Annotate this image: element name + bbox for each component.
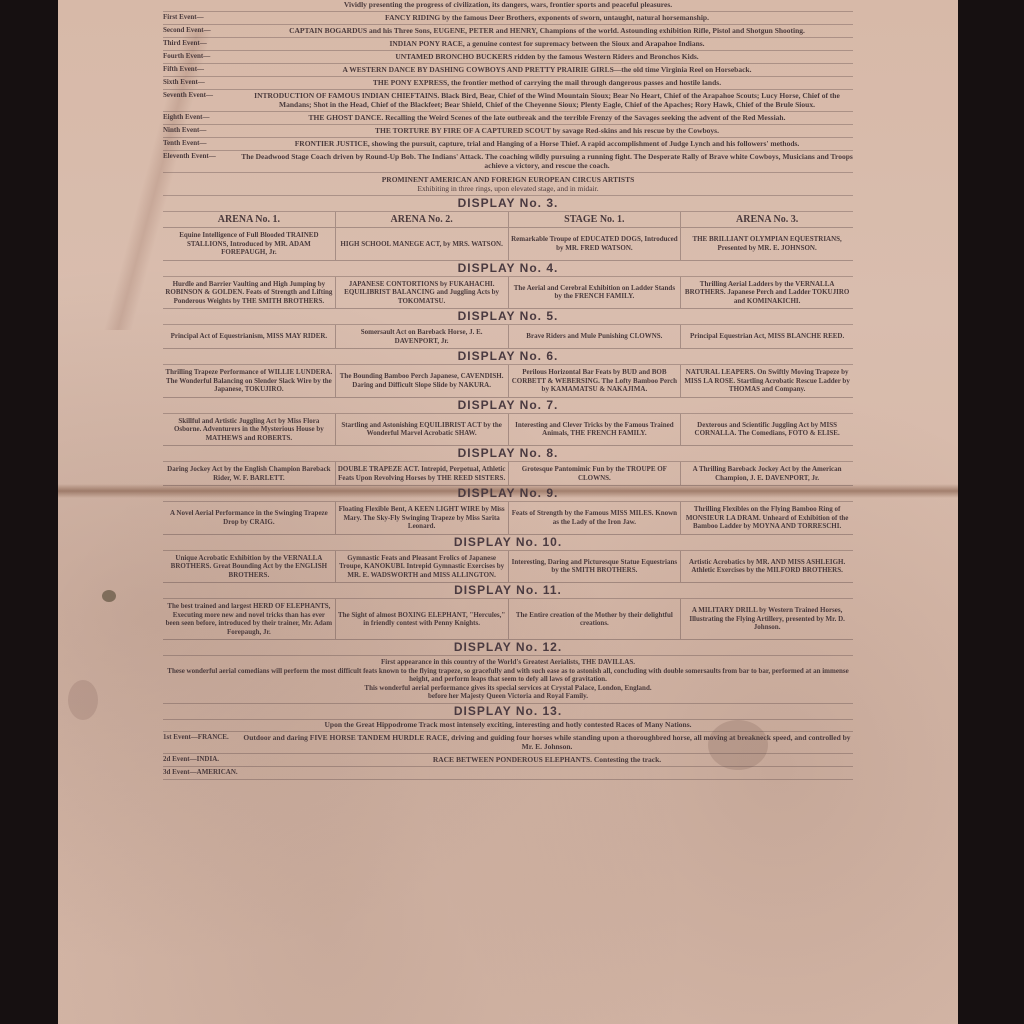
act-cell: Thrilling Trapeze Performance of WILLIE …: [163, 365, 336, 397]
act-cell: A Thrilling Bareback Jockey Act by the A…: [681, 462, 853, 485]
event-text: UNTAMED BRONCHO BUCKERS ridden by the fa…: [241, 52, 853, 61]
display-row: Skillful and Artistic Juggling Act by Mi…: [163, 414, 853, 447]
act-cell: The Bounding Bamboo Perch Japanese, CAVE…: [336, 365, 509, 397]
display-row: A Novel Aerial Performance in the Swingi…: [163, 502, 853, 535]
act-cell: Feats of Strength by the Famous MISS MIL…: [509, 502, 682, 534]
event-text: A WESTERN DANCE BY DASHING COWBOYS AND P…: [241, 65, 853, 74]
description-line: First appearance in this country of the …: [163, 658, 853, 667]
event-row: Sixth Event—THE PONY EXPRESS, the fronti…: [163, 77, 853, 90]
act-cell: Thrilling Aerial Ladders by the VERNALLA…: [681, 277, 853, 309]
display-heading: DISPLAY No. 6.: [163, 349, 853, 365]
race-event-label: 2d Event—INDIA.: [163, 755, 241, 764]
artists-heading-subtitle: Exhibiting in three rings, upon elevated…: [163, 184, 853, 193]
program-content: Vividly presenting the progress of civil…: [163, 0, 853, 780]
act-cell: Startling and Astonishing EQUILIBRIST AC…: [336, 414, 509, 446]
artists-heading-title: PROMINENT AMERICAN AND FOREIGN EUROPEAN …: [163, 175, 853, 184]
race-event-label: 1st Event—FRANCE.: [163, 733, 241, 751]
display-row: Hurdle and Barrier Vaulting and High Jum…: [163, 277, 853, 310]
event-label: Sixth Event—: [163, 78, 241, 87]
event-row: Second Event—CAPTAIN BOGARDUS and his Th…: [163, 25, 853, 38]
intro-line: Vividly presenting the progress of civil…: [163, 0, 853, 12]
act-cell: A MILITARY DRILL by Western Trained Hors…: [681, 599, 853, 639]
act-cell: Principal Act of Equestrianism, MISS MAY…: [163, 325, 336, 348]
act-cell: Brave Riders and Mule Punishing CLOWNS.: [509, 325, 682, 348]
display-heading: DISPLAY No. 4.: [163, 261, 853, 277]
display-heading: DISPLAY No. 7.: [163, 398, 853, 414]
description-line: before her Majesty Queen Victoria and Ro…: [163, 692, 853, 701]
event-row: First Event—FANCY RIDING by the famous D…: [163, 12, 853, 25]
race-event-row: 3d Event—AMERICAN.: [163, 767, 853, 780]
water-stain: [68, 680, 98, 720]
artists-heading: PROMINENT AMERICAN AND FOREIGN EUROPEAN …: [163, 173, 853, 196]
events-list: First Event—FANCY RIDING by the famous D…: [163, 12, 853, 173]
arena-column-heading: ARENA No. 3.: [681, 212, 853, 227]
event-row: Eighth Event—THE GHOST DANCE. Recalling …: [163, 112, 853, 125]
display-row: Principal Act of Equestrianism, MISS MAY…: [163, 325, 853, 349]
act-cell: Hurdle and Barrier Vaulting and High Jum…: [163, 277, 336, 309]
event-text: INDIAN PONY RACE, a genuine contest for …: [241, 39, 853, 48]
act-cell: Unique Acrobatic Exhibition by the VERNA…: [163, 551, 336, 583]
event-label: Fourth Event—: [163, 52, 241, 61]
act-cell: Perilous Horizontal Bar Feats by BUD and…: [509, 365, 682, 397]
event-label: Eleventh Event—: [163, 152, 241, 170]
event-text: FRONTIER JUSTICE, showing the pursuit, c…: [241, 139, 853, 148]
act-cell: Interesting, Daring and Picturesque Stat…: [509, 551, 682, 583]
event-row: Tenth Event—FRONTIER JUSTICE, showing th…: [163, 138, 853, 151]
act-cell: Floating Flexible Bent, A KEEN LIGHT WIR…: [336, 502, 509, 534]
event-row: Seventh Event—INTRODUCTION OF FAMOUS IND…: [163, 90, 853, 112]
act-cell: NATURAL LEAPERS. On Swiftly Moving Trape…: [681, 365, 853, 397]
act-cell: A Novel Aerial Performance in the Swingi…: [163, 502, 336, 534]
act-cell: Interesting and Clever Tricks by the Fam…: [509, 414, 682, 446]
act-cell: The Sight of almost BOXING ELEPHANT, "He…: [336, 599, 509, 639]
act-cell: HIGH SCHOOL MANEGE ACT, by MRS. WATSON.: [336, 228, 509, 260]
program-sheet: Vividly presenting the progress of civil…: [58, 0, 958, 1024]
event-row: Ninth Event—THE TORTURE BY FIRE OF A CAP…: [163, 125, 853, 138]
arena-header-row: ARENA No. 1.ARENA No. 2.STAGE No. 1.AREN…: [163, 212, 853, 228]
display-heading: DISPLAY No. 10.: [163, 535, 853, 551]
event-row: Eleventh Event—The Deadwood Stage Coach …: [163, 151, 853, 173]
event-text: INTRODUCTION OF FAMOUS INDIAN CHIEFTAINS…: [241, 91, 853, 109]
display-description: First appearance in this country of the …: [163, 656, 853, 704]
event-label: Second Event—: [163, 26, 241, 35]
race-event-row: 1st Event—FRANCE.Outdoor and daring FIVE…: [163, 732, 853, 754]
display-row: Daring Jockey Act by the English Champio…: [163, 462, 853, 486]
event-label: First Event—: [163, 13, 241, 22]
act-cell: Equine Intelligence of Full Blooded TRAI…: [163, 228, 336, 260]
event-label: Eighth Event—: [163, 113, 241, 122]
race-event-row: 2d Event—INDIA.RACE BETWEEN PONDEROUS EL…: [163, 754, 853, 767]
arena-column-heading: ARENA No. 1.: [163, 212, 336, 227]
act-cell: Principal Equestrian Act, MISS BLANCHE R…: [681, 325, 853, 348]
event-text: FANCY RIDING by the famous Deer Brothers…: [241, 13, 853, 22]
arena-column-heading: ARENA No. 2.: [336, 212, 509, 227]
event-text: CAPTAIN BOGARDUS and his Three Sons, EUG…: [241, 26, 853, 35]
displays-list: DISPLAY No. 3.ARENA No. 1.ARENA No. 2.ST…: [163, 196, 853, 780]
act-cell: DOUBLE TRAPEZE ACT. Intrepid, Perpetual,…: [336, 462, 509, 485]
event-label: Ninth Event—: [163, 126, 241, 135]
act-cell: Gymnastic Feats and Pleasant Frolics of …: [336, 551, 509, 583]
race-event-text: RACE BETWEEN PONDEROUS ELEPHANTS. Contes…: [241, 755, 853, 764]
event-row: Fourth Event—UNTAMED BRONCHO BUCKERS rid…: [163, 51, 853, 64]
display-heading: DISPLAY No. 8.: [163, 446, 853, 462]
event-label: Seventh Event—: [163, 91, 241, 109]
act-cell: JAPANESE CONTORTIONS by FUKAHACHI. EQUIL…: [336, 277, 509, 309]
act-cell: Thrilling Flexibles on the Flying Bamboo…: [681, 502, 853, 534]
display-row: The best trained and largest HERD OF ELE…: [163, 599, 853, 640]
event-text: THE GHOST DANCE. Recalling the Weird Sce…: [241, 113, 853, 122]
act-cell: Grotesque Pantomimic Fun by the TROUPE O…: [509, 462, 682, 485]
act-cell: The Entire creation of the Mother by the…: [509, 599, 682, 639]
event-row: Third Event—INDIAN PONY RACE, a genuine …: [163, 38, 853, 51]
act-cell: Somersault Act on Bareback Horse, J. E. …: [336, 325, 509, 348]
display-heading: DISPLAY No. 5.: [163, 309, 853, 325]
act-cell: The best trained and largest HERD OF ELE…: [163, 599, 336, 639]
display-heading: DISPLAY No. 12.: [163, 640, 853, 656]
event-label: Fifth Event—: [163, 65, 241, 74]
display-row: Thrilling Trapeze Performance of WILLIE …: [163, 365, 853, 398]
display-heading: DISPLAY No. 13.: [163, 704, 853, 720]
act-cell: Dexterous and Scientific Juggling Act by…: [681, 414, 853, 446]
race-event-text: [241, 768, 853, 777]
event-text: THE TORTURE BY FIRE OF A CAPTURED SCOUT …: [241, 126, 853, 135]
act-cell: Artistic Acrobatics by MR. AND MISS ASHL…: [681, 551, 853, 583]
event-text: The Deadwood Stage Coach driven by Round…: [241, 152, 853, 170]
act-cell: THE BRILLIANT OLYMPIAN EQUESTRIANS, Pres…: [681, 228, 853, 260]
act-cell: Daring Jockey Act by the English Champio…: [163, 462, 336, 485]
act-cell: The Aerial and Cerebral Exhibition on La…: [509, 277, 682, 309]
display-heading: DISPLAY No. 9.: [163, 486, 853, 502]
display-heading: DISPLAY No. 3.: [163, 196, 853, 212]
race-intro: Upon the Great Hippodrome Track most int…: [163, 720, 853, 732]
race-event-label: 3d Event—AMERICAN.: [163, 768, 241, 777]
display-heading: DISPLAY No. 11.: [163, 583, 853, 599]
ink-stain: [102, 590, 116, 602]
act-cell: Remarkable Troupe of EDUCATED DOGS, Intr…: [509, 228, 682, 260]
arena-column-heading: STAGE No. 1.: [509, 212, 682, 227]
description-line: These wonderful aerial comedians will pe…: [163, 667, 853, 684]
event-label: Third Event—: [163, 39, 241, 48]
event-label: Tenth Event—: [163, 139, 241, 148]
event-row: Fifth Event—A WESTERN DANCE BY DASHING C…: [163, 64, 853, 77]
description-line: This wonderful aerial performance gives …: [163, 684, 853, 693]
act-cell: Skillful and Artistic Juggling Act by Mi…: [163, 414, 336, 446]
display-row: Unique Acrobatic Exhibition by the VERNA…: [163, 551, 853, 584]
race-event-text: Outdoor and daring FIVE HORSE TANDEM HUR…: [241, 733, 853, 751]
display-row: Equine Intelligence of Full Blooded TRAI…: [163, 228, 853, 261]
event-text: THE PONY EXPRESS, the frontier method of…: [241, 78, 853, 87]
